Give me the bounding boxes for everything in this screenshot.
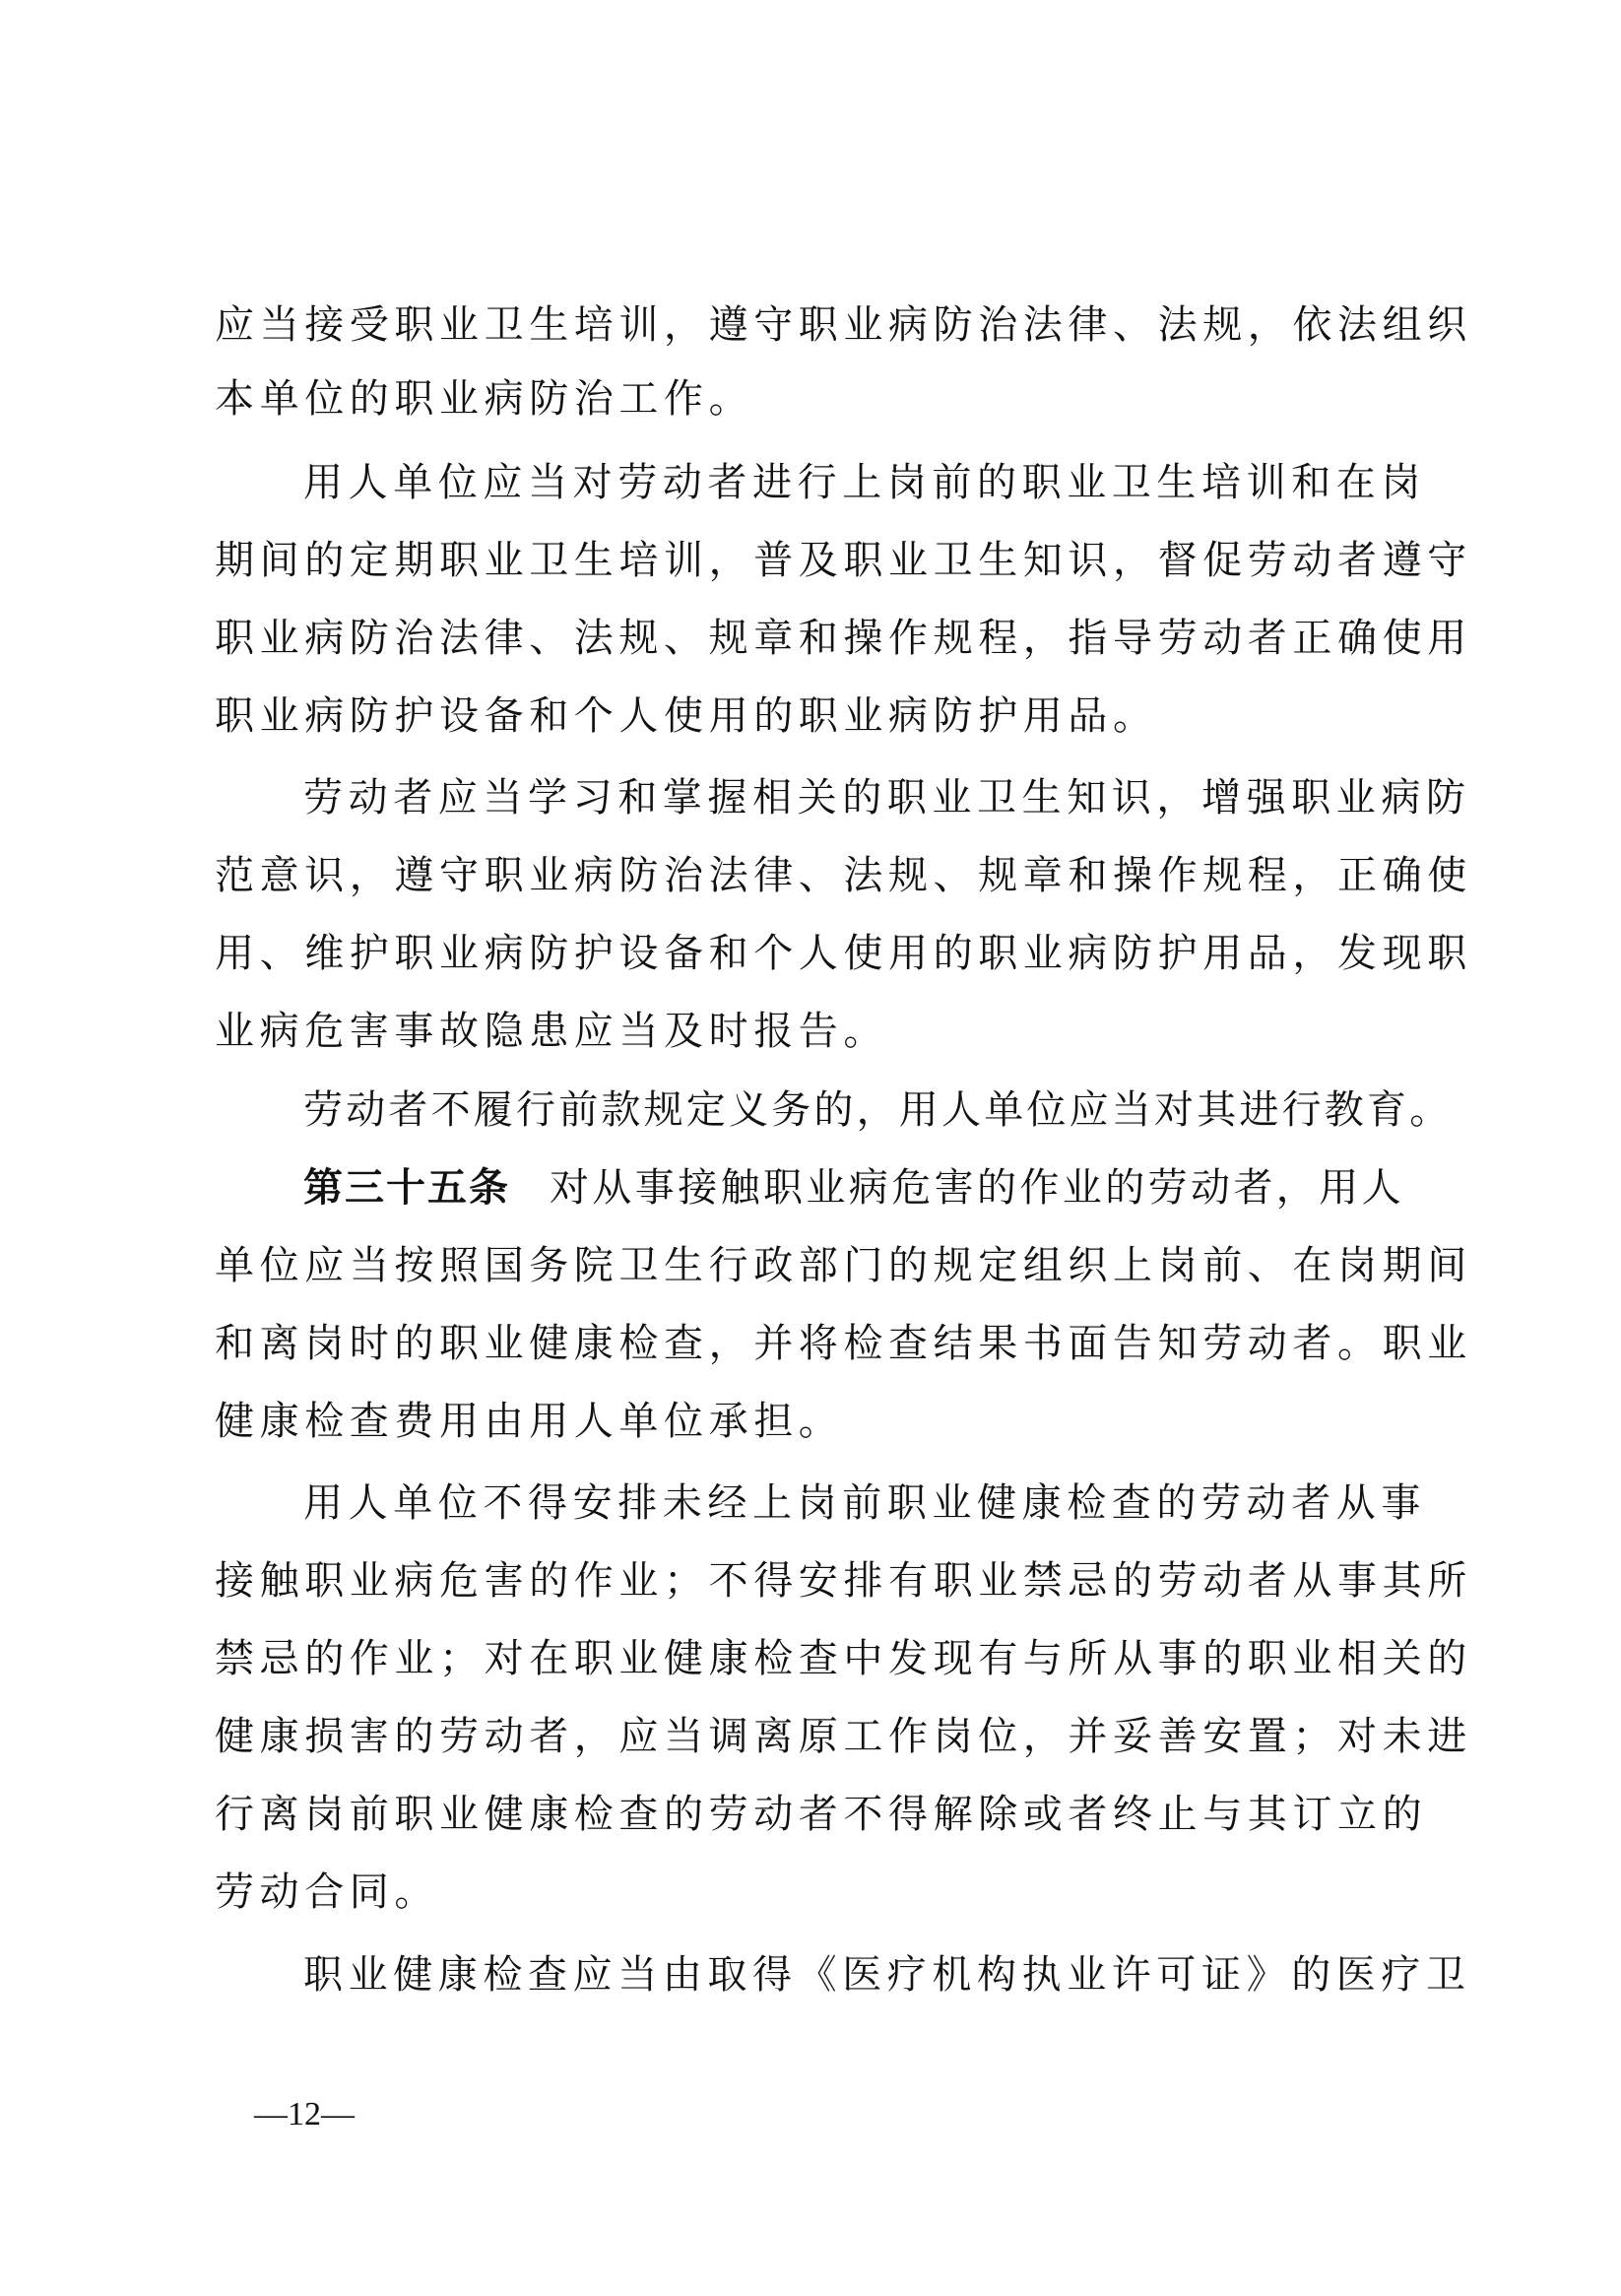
text-line: 劳动合同。 <box>215 1869 1436 1916</box>
text-line: 期间的定期职业卫生培训，普及职业卫生知识，督促劳动者遵守 <box>215 537 1436 584</box>
text-line: 职业病防护设备和个人使用的职业病防护用品。 <box>215 692 1436 740</box>
article-heading-line: 第三十五条对从事接触职业病危害的作业的劳动者，用人 <box>303 1164 1436 1212</box>
text-line: 单位应当按照国务院卫生行政部门的规定组织上岗前、在岗期间 <box>215 1242 1436 1289</box>
text-line: 和离岗时的职业健康检查，并将检查结果书面告知劳动者。职业 <box>215 1320 1436 1367</box>
text-line: 职业病防治法律、法规、规章和操作规程，指导劳动者正确使用 <box>215 615 1436 662</box>
paragraph-start-line: 用人单位不得安排未经上岗前职业健康检查的劳动者从事 <box>303 1479 1436 1527</box>
text-line: 用、维护职业病防护设备和个人使用的职业病防护用品，发现职 <box>215 930 1436 977</box>
paragraph-start-line: 用人单位应当对劳动者进行上岗前的职业卫生培训和在岗 <box>303 459 1436 506</box>
text-line: 应当接受职业卫生培训，遵守职业病防治法律、法规，依法组织 <box>215 301 1436 349</box>
document-page: 应当接受职业卫生培训，遵守职业病防治法律、法规，依法组织 本单位的职业病防治工作… <box>0 0 1621 2296</box>
paragraph-start-line: 劳动者应当学习和掌握相关的职业卫生知识，增强职业病防 <box>303 774 1436 821</box>
text-line: 接触职业病危害的作业；不得安排有职业禁忌的劳动者从事其所 <box>215 1557 1436 1605</box>
text-line: 行离岗前职业健康检查的劳动者不得解除或者终止与其订立的 <box>215 1791 1436 1838</box>
text-line: 业病危害事故隐患应当及时报告。 <box>215 1008 1436 1055</box>
text-line: 本单位的职业病防治工作。 <box>215 375 1436 423</box>
text-line: 禁忌的作业；对在职业健康检查中发现有与所从事的职业相关的 <box>215 1635 1436 1682</box>
page-number: —12— <box>254 2096 355 2133</box>
text-line: 健康损害的劳动者，应当调离原工作岗位，并妥善安置；对未进 <box>215 1713 1436 1760</box>
text-line: 健康检查费用由用人单位承担。 <box>215 1398 1436 1445</box>
article-number: 第三十五条 <box>303 1165 510 1211</box>
paragraph-start-line: 职业健康检查应当由取得《医疗机构执业许可证》的医疗卫 <box>303 1951 1436 1999</box>
text-line: 范意识，遵守职业病防治法律、法规、规章和操作规程，正确使 <box>215 852 1436 899</box>
article-text: 对从事接触职业病危害的作业的劳动者，用人 <box>550 1165 1404 1211</box>
paragraph-start-line: 劳动者不履行前款规定义务的，用人单位应当对其进行教育。 <box>303 1086 1436 1134</box>
